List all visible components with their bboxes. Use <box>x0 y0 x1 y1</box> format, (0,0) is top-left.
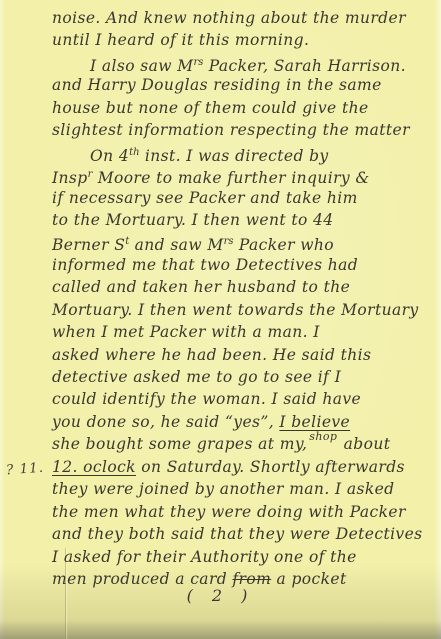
handwritten-line: and they both said that they were Detect… <box>52 523 433 545</box>
handwritten-line: asked where he had been. He said this <box>52 344 433 366</box>
manuscript-lines: noise. And knew nothing about the murder… <box>52 7 433 590</box>
handwritten-line: Inspr Moore to make further inquiry & <box>52 164 433 186</box>
handwritten-line: 12. oclock on Saturday. Shortly afterwar… <box>52 456 433 478</box>
handwritten-line: to the Mortuary. I then went to 44 <box>52 209 433 231</box>
handwritten-line: house but none of them could give the <box>52 97 433 119</box>
handwritten-line: I asked for their Authority one of the <box>52 546 433 568</box>
handwritten-line: I also saw Mrs Packer, Sarah Harrison. <box>52 52 433 74</box>
handwritten-line: called and taken her husband to the <box>52 276 433 298</box>
handwritten-line: you done so, he said “yes”, I believe <box>52 411 433 433</box>
handwritten-line: and Harry Douglas residing in the same <box>52 74 433 96</box>
handwritten-line: Berner St and saw Mrs Packer who <box>52 231 433 253</box>
manuscript-page: noise. And knew nothing about the murder… <box>0 0 441 639</box>
page-number: ( 2 ) <box>0 586 441 605</box>
handwritten-line: On 4th inst. I was directed by <box>52 142 433 164</box>
margin-note: ? 11. <box>5 460 44 479</box>
handwritten-line: she bought some grapes at my,shop about <box>52 433 433 455</box>
handwritten-line: the men what they were doing with Packer <box>52 501 433 523</box>
handwritten-line: Mortuary. I then went towards the Mortua… <box>52 299 433 321</box>
handwritten-line: detective asked me to go to see if I <box>52 366 433 388</box>
handwritten-line: slightest information respecting the mat… <box>52 119 433 141</box>
handwritten-line: noise. And knew nothing about the murder <box>52 7 433 29</box>
handwritten-line: they were joined by another man. I asked <box>52 478 433 500</box>
handwritten-line: if necessary see Packer and take him <box>52 187 433 209</box>
handwritten-line: informed me that two Detectives had <box>52 254 433 276</box>
handwritten-line: until I heard of it this morning. <box>52 29 433 51</box>
handwritten-line: when I met Packer with a man. I <box>52 321 433 343</box>
handwritten-line: could identify the woman. I said have <box>52 388 433 410</box>
